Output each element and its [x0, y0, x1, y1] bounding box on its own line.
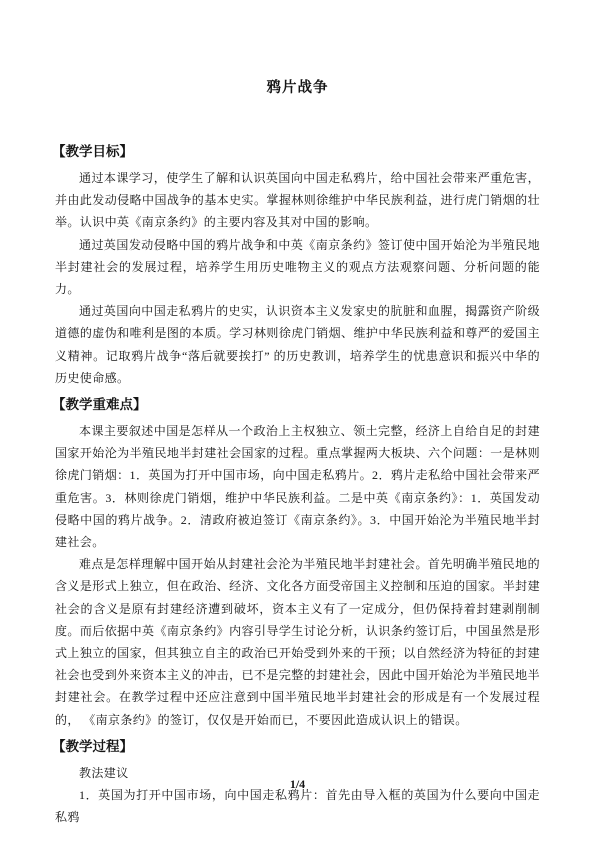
paragraph: 通过英国向中国走私鸦片的史实，认识资本主义发家史的肮脏和血腥，揭露资产阶级道德的…	[55, 300, 540, 389]
paragraph: 通过本课学习，使学生了解和认识英国向中国走私鸦片，给中国社会带来严重危害，并由此…	[55, 167, 540, 234]
section-heading-teaching-goals: 【教学目标】	[52, 142, 540, 162]
section-key-difficult-points: 【教学重难点】 本课主要叙述中国是怎样从一个政治上主权独立、领土完整，经济上自给…	[55, 395, 540, 731]
paragraph: 难点是怎样理解中国开始从封建社会沦为半殖民地半封建社会。首先明确半殖民地的含义是…	[55, 553, 540, 731]
document-title: 鸦片战争	[55, 78, 540, 99]
paragraph: 通过英国发动侵略中国的鸦片战争和中英《南京条约》签订使中国开始沦为半殖民地半封建…	[55, 234, 540, 301]
section-teaching-goals: 【教学目标】 通过本课学习，使学生了解和认识英国向中国走私鸦片，给中国社会带来严…	[55, 142, 540, 389]
section-heading-teaching-process: 【教学过程】	[52, 737, 540, 757]
paragraph: 本课主要叙述中国是怎样从一个政治上主权独立、领土完整，经济上自给自足的封建国家开…	[55, 420, 540, 553]
section-heading-key-difficult-points: 【教学重难点】	[52, 395, 540, 415]
document-page: 鸦片战争 【教学目标】 通过本课学习，使学生了解和认识英国向中国走私鸦片，给中国…	[0, 0, 595, 841]
page-number: 1/4	[0, 777, 595, 792]
